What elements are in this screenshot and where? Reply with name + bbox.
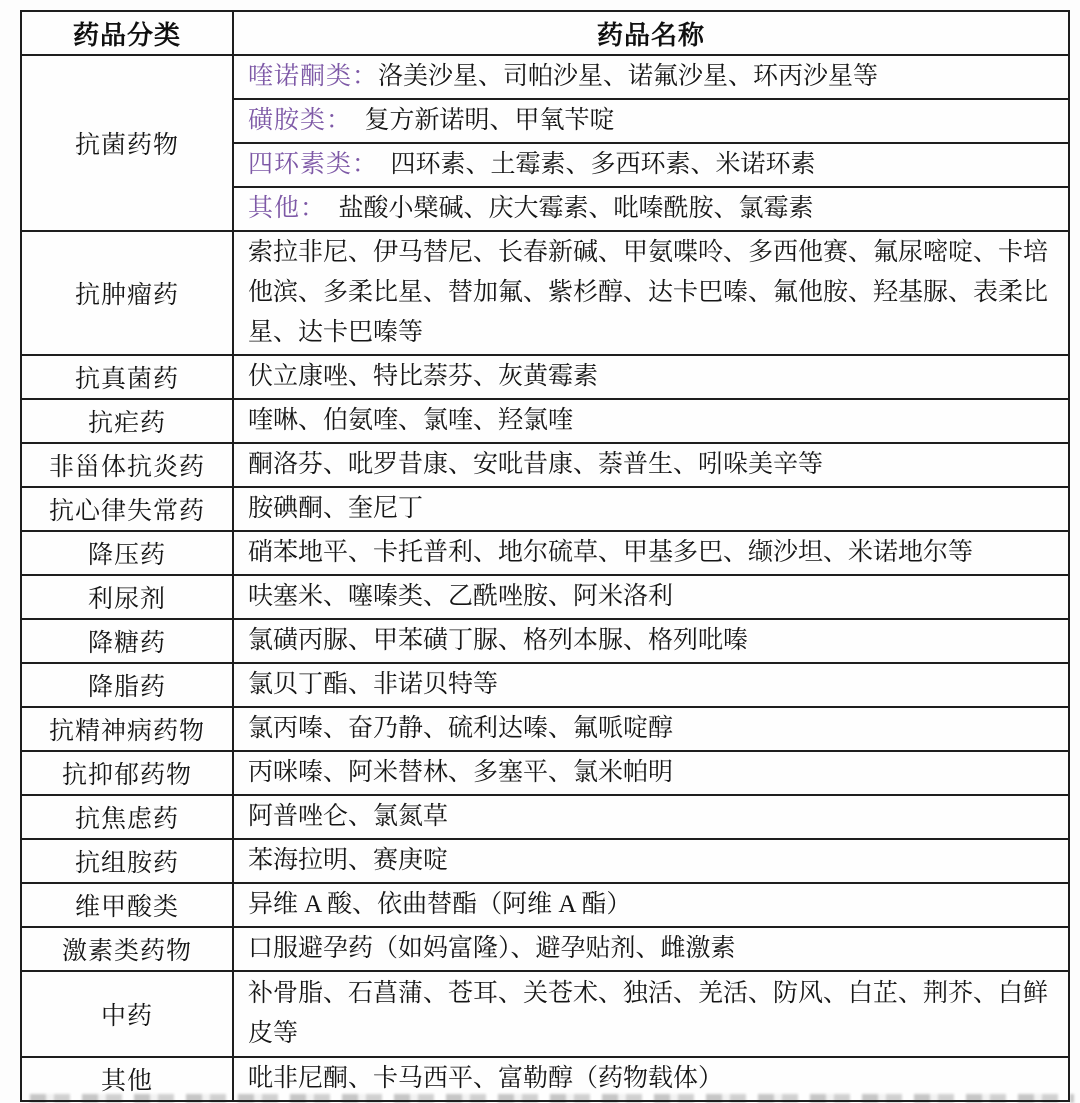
subclass-prefix: 其他： xyxy=(248,195,314,222)
category-cell: 降脂药 xyxy=(21,663,233,707)
table-row: 抗肿瘤药 索拉非尼、伊马替尼、长春新碱、甲氨喋呤、多西他赛、氟尿嘧啶、卡培他滨、… xyxy=(21,231,1069,355)
drugs-cell: 阿普唑仑、氯氮草 xyxy=(233,795,1069,839)
drugs-cell: 四环素类： 四环素、土霉素、多西环素、米诺环素 xyxy=(233,143,1069,187)
drugs-cell: 喹啉、伯氨喹、氯喹、羟氯喹 xyxy=(233,399,1069,443)
drug-list: 复方新诺明、甲氧苄啶 xyxy=(340,107,615,134)
header-drug-category: 药品分类 xyxy=(21,11,233,55)
drugs-cell: 氯丙嗪、奋乃静、硫利达嗪、氟哌啶醇 xyxy=(233,707,1069,751)
drugs-cell: 丙咪嗪、阿米替林、多塞平、氯米帕明 xyxy=(233,751,1069,795)
drugs-cell: 硝苯地平、卡托普利、地尔硫草、甲基多巴、缬沙坦、米诺地尔等 xyxy=(233,531,1069,575)
table-row: 降脂药 氯贝丁酯、非诺贝特等 xyxy=(21,663,1069,707)
category-cell: 降压药 xyxy=(21,531,233,575)
category-cell: 抗真菌药 xyxy=(21,355,233,399)
drugs-cell: 其他： 盐酸小檗碱、庆大霉素、吡嗪酰胺、氯霉素 xyxy=(233,187,1069,231)
drugs-cell: 苯海拉明、赛庚啶 xyxy=(233,839,1069,883)
table-row: 降压药 硝苯地平、卡托普利、地尔硫草、甲基多巴、缬沙坦、米诺地尔等 xyxy=(21,531,1069,575)
drugs-cell: 呋塞米、噻嗪类、乙酰唑胺、阿米洛利 xyxy=(233,575,1069,619)
drugs-cell: 伏立康唑、特比萘芬、灰黄霉素 xyxy=(233,355,1069,399)
table-row: 维甲酸类 异维 A 酸、依曲替酯（阿维 A 酯） xyxy=(21,883,1069,927)
drug-list: 盐酸小檗碱、庆大霉素、吡嗪酰胺、氯霉素 xyxy=(314,195,814,222)
category-cell: 非甾体抗炎药 xyxy=(21,443,233,487)
header-drug-name: 药品名称 xyxy=(233,11,1069,55)
category-cell: 抗肿瘤药 xyxy=(21,231,233,355)
table-row: 激素类药物 口服避孕药（如妈富隆）、避孕贴剂、雌激素 xyxy=(21,927,1069,971)
category-cell: 抗精神病药物 xyxy=(21,707,233,751)
table-row: 抗心律失常药 胺碘酮、奎尼丁 xyxy=(21,487,1069,531)
category-cell: 维甲酸类 xyxy=(21,883,233,927)
drugs-cell: 异维 A 酸、依曲替酯（阿维 A 酯） xyxy=(233,883,1069,927)
drugs-cell: 氯磺丙脲、甲苯磺丁脲、格列本脲、格列吡嗪 xyxy=(233,619,1069,663)
subclass-prefix: 磺胺类： xyxy=(248,107,340,134)
subclass-prefix: 喹诺酮类： xyxy=(248,63,378,90)
category-cell: 抗焦虑药 xyxy=(21,795,233,839)
drug-classification-table: 药品分类 药品名称 抗菌药物 喹诺酮类：洛美沙星、司帕沙星、诺氟沙星、环丙沙星等… xyxy=(20,10,1070,1102)
table-row: 抗真菌药 伏立康唑、特比萘芬、灰黄霉素 xyxy=(21,355,1069,399)
drugs-cell: 酮洛芬、吡罗昔康、安吡昔康、萘普生、吲哚美辛等 xyxy=(233,443,1069,487)
table-row: 抗精神病药物 氯丙嗪、奋乃静、硫利达嗪、氟哌啶醇 xyxy=(21,707,1069,751)
table-row: 中药 补骨脂、石菖蒲、苍耳、关苍术、独活、羌活、防风、白芷、荆芥、白鲜皮等 xyxy=(21,971,1069,1057)
drugs-cell: 索拉非尼、伊马替尼、长春新碱、甲氨喋呤、多西他赛、氟尿嘧啶、卡培他滨、多柔比星、… xyxy=(233,231,1069,355)
category-cell: 抗疟药 xyxy=(21,399,233,443)
table-row: 降糖药 氯磺丙脲、甲苯磺丁脲、格列本脲、格列吡嗪 xyxy=(21,619,1069,663)
category-cell: 抗抑郁药物 xyxy=(21,751,233,795)
drugs-cell: 喹诺酮类：洛美沙星、司帕沙星、诺氟沙星、环丙沙星等 xyxy=(233,55,1069,99)
table-row: 抗焦虑药 阿普唑仑、氯氮草 xyxy=(21,795,1069,839)
category-cell: 中药 xyxy=(21,971,233,1057)
drug-list: 四环素、土霉素、多西环素、米诺环素 xyxy=(366,151,816,178)
category-cell: 抗组胺药 xyxy=(21,839,233,883)
drugs-cell: 磺胺类： 复方新诺明、甲氧苄啶 xyxy=(233,99,1069,143)
document-page: 药品分类 药品名称 抗菌药物 喹诺酮类：洛美沙星、司帕沙星、诺氟沙星、环丙沙星等… xyxy=(0,0,1080,1103)
table-row: 抗组胺药 苯海拉明、赛庚啶 xyxy=(21,839,1069,883)
cut-off-caption-strip xyxy=(30,1094,1074,1103)
table-row: 利尿剂 呋塞米、噻嗪类、乙酰唑胺、阿米洛利 xyxy=(21,575,1069,619)
table-row: 抗菌药物 喹诺酮类：洛美沙星、司帕沙星、诺氟沙星、环丙沙星等 xyxy=(21,55,1069,99)
category-cell: 激素类药物 xyxy=(21,927,233,971)
drugs-cell: 口服避孕药（如妈富隆）、避孕贴剂、雌激素 xyxy=(233,927,1069,971)
category-cell: 抗心律失常药 xyxy=(21,487,233,531)
category-cell: 利尿剂 xyxy=(21,575,233,619)
category-cell: 抗菌药物 xyxy=(21,55,233,231)
drugs-cell: 胺碘酮、奎尼丁 xyxy=(233,487,1069,531)
drug-list: 洛美沙星、司帕沙星、诺氟沙星、环丙沙星等 xyxy=(378,63,878,90)
drugs-cell: 氯贝丁酯、非诺贝特等 xyxy=(233,663,1069,707)
drugs-cell: 补骨脂、石菖蒲、苍耳、关苍术、独活、羌活、防风、白芷、荆芥、白鲜皮等 xyxy=(233,971,1069,1057)
table-header-row: 药品分类 药品名称 xyxy=(21,11,1069,55)
table-row: 非甾体抗炎药 酮洛芬、吡罗昔康、安吡昔康、萘普生、吲哚美辛等 xyxy=(21,443,1069,487)
table-row: 抗疟药 喹啉、伯氨喹、氯喹、羟氯喹 xyxy=(21,399,1069,443)
subclass-prefix: 四环素类： xyxy=(248,151,366,178)
category-cell: 降糖药 xyxy=(21,619,233,663)
table-row: 抗抑郁药物 丙咪嗪、阿米替林、多塞平、氯米帕明 xyxy=(21,751,1069,795)
